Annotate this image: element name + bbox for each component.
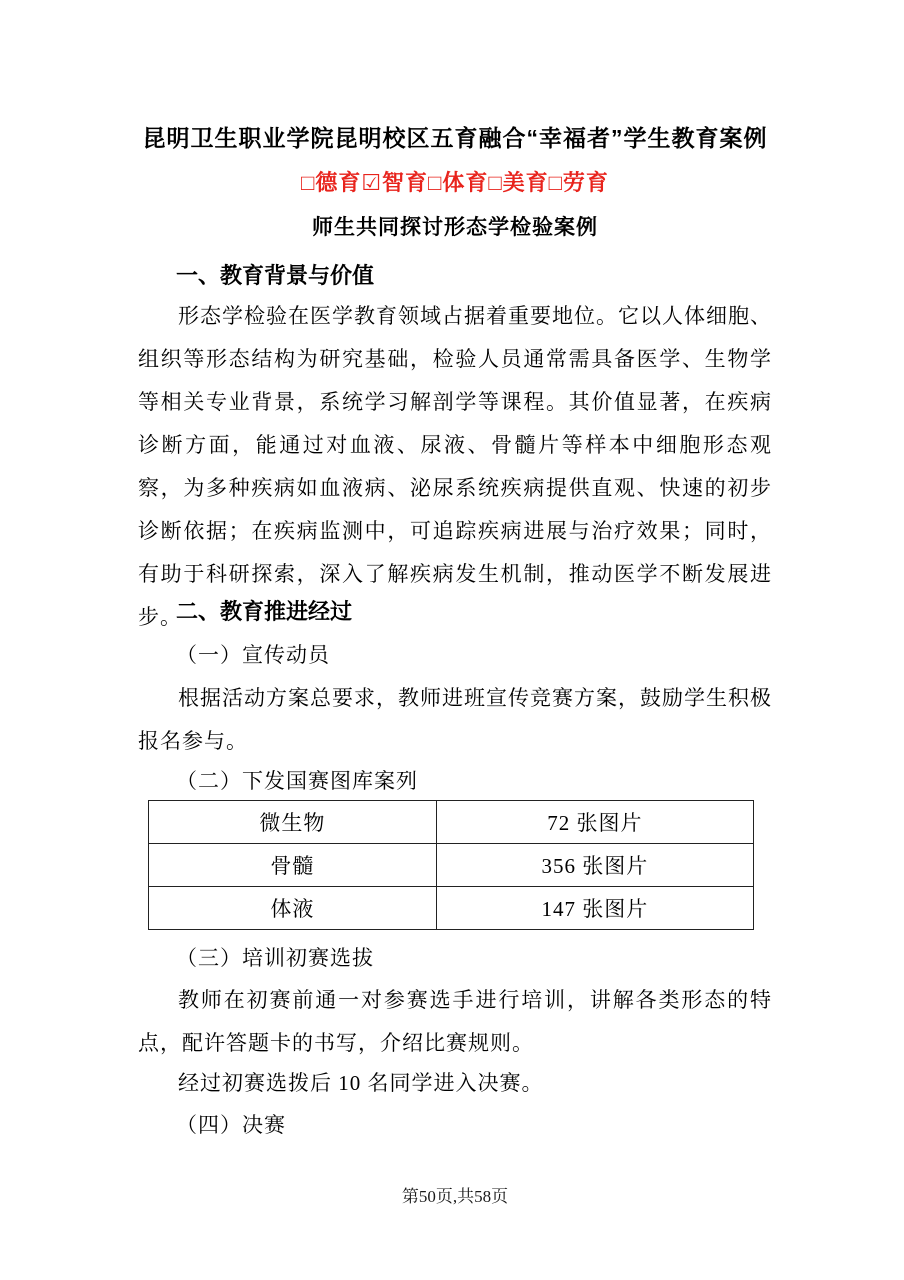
document-page: 昆明卫生职业学院昆明校区五育融合“幸福者”学生教育案例 □德育☑智育□体育□美育… bbox=[0, 0, 904, 1280]
document-title: 昆明卫生职业学院昆明校区五育融合“幸福者”学生教育案例 bbox=[138, 116, 772, 160]
table-cell-category: 微生物 bbox=[149, 801, 437, 844]
case-subtitle: 师生共同探讨形态学检验案例 bbox=[138, 206, 772, 250]
table-cell-category: 骨髓 bbox=[149, 844, 437, 887]
subsection-2-heading: （二）下发国赛图库案列 bbox=[138, 760, 772, 803]
table-cell-count: 147 张图片 bbox=[436, 887, 753, 930]
subsection-1-heading: （一）宣传动员 bbox=[138, 634, 772, 677]
table-row: 微生物 72 张图片 bbox=[149, 801, 754, 844]
table-cell-count: 72 张图片 bbox=[436, 801, 753, 844]
section-2-heading: 二、教育推进经过 bbox=[138, 590, 772, 633]
table-cell-category: 体液 bbox=[149, 887, 437, 930]
page-number-footer: 第50页,共58页 bbox=[138, 1185, 772, 1209]
five-education-checkbox-line: □德育☑智育□体育□美育□劳育 bbox=[138, 161, 772, 205]
table-cell-count: 356 张图片 bbox=[436, 844, 753, 887]
subsection-3-heading: （三）培训初赛选拔 bbox=[138, 937, 772, 980]
table-row: 体液 147 张图片 bbox=[149, 887, 754, 930]
subsection-1-paragraph: 根据活动方案总要求，教师进班宣传竞赛方案，鼓励学生积极报名参与。 bbox=[138, 677, 772, 763]
section-1-heading: 一、教育背景与价值 bbox=[138, 254, 772, 297]
table-row: 骨髓 356 张图片 bbox=[149, 844, 754, 887]
image-library-table: 微生物 72 张图片 骨髓 356 张图片 体液 147 张图片 bbox=[148, 800, 754, 930]
document-body: 昆明卫生职业学院昆明校区五育融合“幸福者”学生教育案例 □德育☑智育□体育□美育… bbox=[138, 0, 772, 1280]
subsection-3-paragraph-2: 经过初赛选拨后 10 名同学进入决赛。 bbox=[138, 1062, 772, 1105]
section-1-paragraph: 形态学检验在医学教育领域占据着重要地位。它以人体细胞、组织等形态结构为研究基础，… bbox=[138, 295, 772, 639]
subsection-3-paragraph-1: 教师在初赛前通一对参赛选手进行培训，讲解各类形态的特点，配许答题卡的书写，介绍比… bbox=[138, 979, 772, 1065]
subsection-4-heading: （四）决赛 bbox=[138, 1104, 772, 1147]
